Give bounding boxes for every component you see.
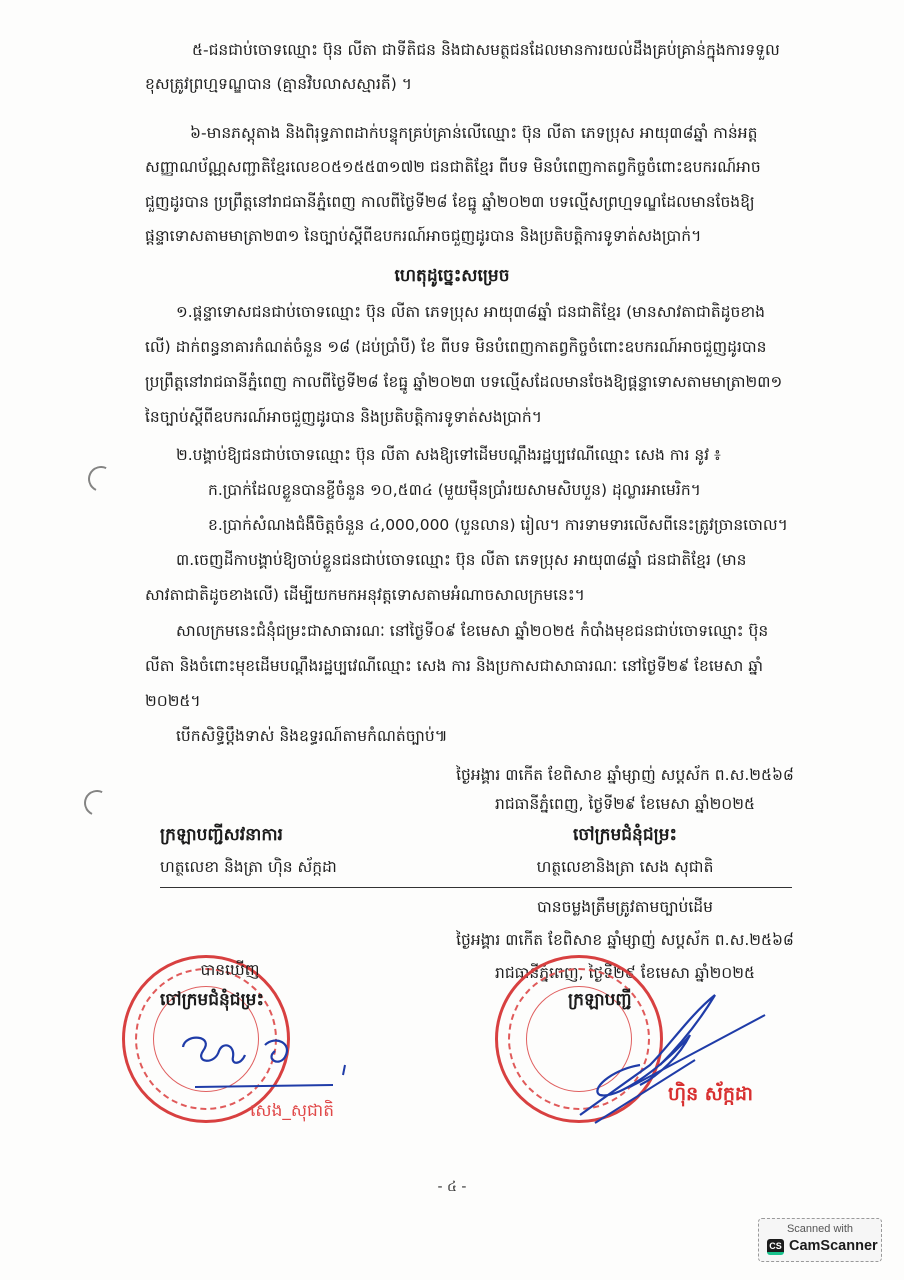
clerk-name: ហត្ថលេខា និងត្រា ហ៊ិន ស័ក្កដា — [160, 857, 337, 877]
signature-divider — [160, 887, 792, 888]
decision-2a: ក.ប្រាក់ដែលខ្លួនបានខ្ចីចំនួន ១០,៥៣៤ (មួយ… — [208, 480, 701, 500]
judge-signature — [175, 1025, 355, 1095]
decision-3-line-2: សាវតាជាតិដូចខាងលើ) ដើម្បីយកមកអនុវត្តទោសត… — [145, 585, 585, 605]
judge-name: ហត្ថលេខានិងត្រា សេង សុជាតិ — [400, 857, 850, 877]
certified-copy-heading: បានចម្លងត្រឹមត្រូវតាមច្បាប់ដើម — [400, 897, 850, 917]
camscanner-watermark: Scanned with CS CamScanner — [758, 1218, 882, 1262]
finding-5-line-1: ៥-ជនជាប់ចោទឈ្មោះ ប៊ុន លីតា ជាទីតិជន និងជ… — [192, 40, 780, 60]
scanned-document-page: ៥-ជនជាប់ចោទឈ្មោះ ប៊ុន លីតា ជាទីតិជន និងជ… — [0, 0, 904, 1280]
decision-2b: ខ.ប្រាក់សំណងជំងឺចិត្តចំនួន ៤,000,000 (បួ… — [208, 515, 788, 535]
decision-2: ២.បង្គាប់ឱ្យជនជាប់ចោទឈ្មោះ ប៊ុន លីតា សងឱ… — [176, 445, 721, 465]
page-number: - ៤ - — [0, 1177, 904, 1198]
watermark-brand: CamScanner — [789, 1238, 878, 1254]
hearing-line-1: សាលក្រមនេះជំនុំជម្រះជាសាធារណៈ នៅថ្ងៃទី០៩… — [176, 621, 768, 641]
clerk-title: ក្រឡាបញ្ជីសវនាការ — [160, 825, 283, 845]
finding-5-line-2: ខុសត្រូវព្រហ្មទណ្ឌបាន (គ្មានវិបលាសស្មារត… — [145, 74, 412, 94]
decision-1-line-4: នៃច្បាប់ស្តីពីឧបករណ៍អាចជួញដូរបាន និងប្រត… — [145, 407, 542, 427]
camscanner-logo-icon: CS — [767, 1239, 784, 1255]
finding-6-line-2: សញ្ញាណប័ណ្ណសញ្ជាតិខ្មែរលេខ០៥១៥៥៣១៧២ ជនជា… — [145, 157, 761, 177]
decision-heading: ហេតុដូច្នេះសម្រេច — [0, 266, 904, 286]
finding-6-line-1: ៦-មានភស្តុតាង និងពិរុទ្ធភាពដាក់បន្ទុកគ្រ… — [190, 123, 757, 143]
punch-hole-bottom — [80, 786, 113, 819]
punch-hole-top — [84, 462, 117, 495]
appeal-rights: បើកសិទ្ធិប្តឹងទាស់ និងឧទ្ធរណ៍តាមកំណត់ច្ប… — [176, 726, 448, 746]
lunar-date: ថ្ងៃអង្គារ ៣កើត ខែពិសាខ ឆ្នាំម្សាញ់ សប្ត… — [400, 765, 850, 785]
finding-6-line-3: ជួញដូរបាន ប្រព្រឹត្តនៅរាជធានីភ្នំពេញ កាល… — [145, 192, 755, 212]
decision-1-line-1: ១.ផ្តន្ទាទោសជនជាប់ចោទឈ្មោះ ប៊ុន លីតា ភេទ… — [176, 302, 765, 322]
clerk-stamp-name: ហ៊ិន ស័ក្កដា — [668, 1082, 753, 1110]
seen-label: បានឃើញ — [160, 960, 300, 980]
judge-stamp-name: សេង_សុជាតិ — [250, 1100, 334, 1125]
watermark-caption: Scanned with — [759, 1223, 881, 1235]
decision-1-line-3: ប្រព្រឹត្តនៅរាជធានីភ្នំពេញ កាលពីថ្ងៃទី២៨… — [145, 372, 782, 392]
hearing-line-2: លីតា និងចំពោះមុខដើមបណ្តឹងរដ្ឋប្បវេណីឈ្មោ… — [145, 656, 763, 676]
finding-6-line-4: ផ្តន្ទាទោសតាមមាត្រា២៣១ នៃច្បាប់ស្តីពីឧបក… — [145, 226, 701, 246]
decision-3-line-1: ៣.ចេញដីកាបង្គាប់ឱ្យចាប់ខ្លួនជនជាប់ចោទឈ្ម… — [176, 550, 746, 570]
certified-lunar-date: ថ្ងៃអង្គារ ៣កើត ខែពិសាខ ឆ្នាំម្សាញ់ សប្ត… — [400, 930, 850, 950]
judge-title: ចៅក្រមជំនុំជម្រះ — [400, 825, 850, 845]
place-date: រាជធានីភ្នំពេញ, ថ្ងៃទី២៩ ខែមេសា ឆ្នាំ២០២… — [400, 794, 850, 814]
cert-judge-title: ចៅក្រមជំនុំជម្រះ — [160, 990, 264, 1010]
decision-1-line-2: លើ) ដាក់ពន្ធនាគារកំណត់ចំនួន ១៨ (ដប់ប្រាំ… — [145, 337, 766, 357]
hearing-line-3: ២០២៥។ — [145, 691, 201, 711]
